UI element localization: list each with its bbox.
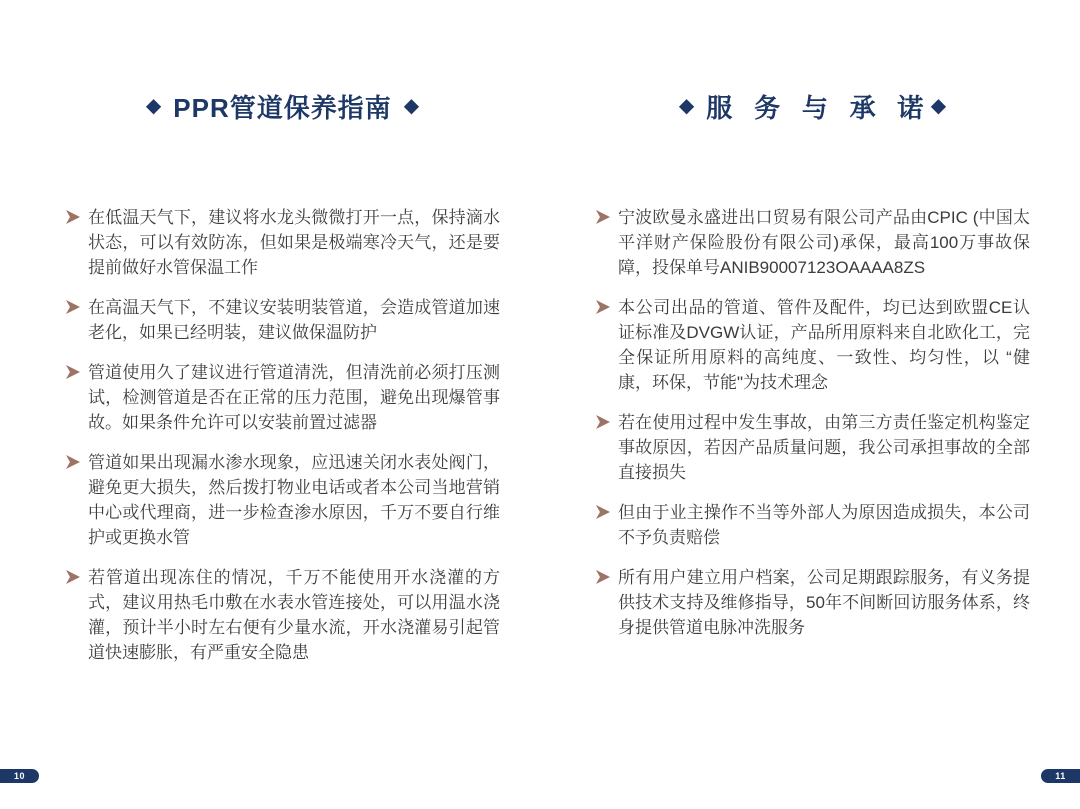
page-number-badge-right: 11: [1041, 769, 1080, 783]
bullet-text: 管道如果出现漏水渗水现象，应迅速关闭水表处阀门，避免更大损失，然后拨打物业电话或…: [88, 450, 500, 550]
right-title-text: 服 务 与 承 诺: [706, 88, 930, 125]
bullet-text: 管道使用久了建议进行管道清洗，但清洗前必须打压测试，检测管道是否在正常的压力范围…: [88, 360, 500, 435]
bullet-text: 在高温天气下，不建议安装明装管道，会造成管道加速老化，如果已经明装，建议做保温防…: [88, 295, 500, 345]
diamond-icon: ◆: [146, 96, 161, 116]
diamond-icon: ◆: [931, 96, 946, 116]
arrow-bullet-icon: [595, 505, 611, 519]
arrow-bullet-icon: [595, 415, 611, 429]
page-number-badge-left: 10: [0, 769, 39, 783]
left-page-section: ◆ PPR管道保养指南 ◆ 在低温天气下，建议将水龙头微微打开一点，保持滴水状态…: [65, 85, 500, 665]
bullet-text: 宁波欧曼永盛进出口贸易有限公司产品由CPIC (中国太平洋财产保险股份有限公司)…: [618, 205, 1030, 280]
list-item: 管道如果出现漏水渗水现象，应迅速关闭水表处阀门，避免更大损失，然后拨打物业电话或…: [65, 450, 500, 550]
list-item: 所有用户建立用户档案，公司足期跟踪服务，有义务提供技术支持及维修指导，50年不间…: [595, 565, 1030, 640]
arrow-bullet-icon: [595, 300, 611, 314]
right-page-title: ◆ 服 务 与 承 诺 ◆: [595, 85, 1030, 127]
bullet-text: 所有用户建立用户档案，公司足期跟踪服务，有义务提供技术支持及维修指导，50年不间…: [618, 565, 1030, 640]
diamond-icon: ◆: [679, 96, 694, 116]
bullet-text: 若管道出现冻住的情况，千万不能使用开水浇灌的方式，建议用热毛巾敷在水表水管连接处…: [88, 565, 500, 665]
list-item: 在高温天气下，不建议安装明装管道，会造成管道加速老化，如果已经明装，建议做保温防…: [65, 295, 500, 345]
left-title-text: PPR管道保养指南: [173, 88, 391, 125]
bullet-text: 但由于业主操作不当等外部人为原因造成损失，本公司不予负责赔偿: [618, 500, 1030, 550]
arrow-bullet-icon: [65, 365, 81, 379]
left-page-title: ◆ PPR管道保养指南 ◆: [65, 85, 500, 127]
diamond-icon: ◆: [404, 96, 419, 116]
brochure-spread: ◆ PPR管道保养指南 ◆ 在低温天气下，建议将水龙头微微打开一点，保持滴水状态…: [0, 0, 1080, 809]
list-item: 宁波欧曼永盛进出口贸易有限公司产品由CPIC (中国太平洋财产保险股份有限公司)…: [595, 205, 1030, 280]
arrow-bullet-icon: [65, 210, 81, 224]
arrow-bullet-icon: [65, 570, 81, 584]
list-item: 本公司出品的管道、管件及配件，均已达到欧盟CE认证标准及DVGW认证，产品所用原…: [595, 295, 1030, 395]
arrow-bullet-icon: [65, 455, 81, 469]
arrow-bullet-icon: [65, 300, 81, 314]
bullet-text: 在低温天气下，建议将水龙头微微打开一点，保持滴水状态，可以有效防冻，但如果是极端…: [88, 205, 500, 280]
arrow-bullet-icon: [595, 210, 611, 224]
list-item: 若管道出现冻住的情况，千万不能使用开水浇灌的方式，建议用热毛巾敷在水表水管连接处…: [65, 565, 500, 665]
arrow-bullet-icon: [595, 570, 611, 584]
list-item: 若在使用过程中发生事故，由第三方责任鉴定机构鉴定事故原因，若因产品质量问题，我公…: [595, 410, 1030, 485]
list-item: 但由于业主操作不当等外部人为原因造成损失，本公司不予负责赔偿: [595, 500, 1030, 550]
right-bullet-list: 宁波欧曼永盛进出口贸易有限公司产品由CPIC (中国太平洋财产保险股份有限公司)…: [595, 205, 1030, 640]
list-item: 在低温天气下，建议将水龙头微微打开一点，保持滴水状态，可以有效防冻，但如果是极端…: [65, 205, 500, 280]
bullet-text: 若在使用过程中发生事故，由第三方责任鉴定机构鉴定事故原因，若因产品质量问题，我公…: [618, 410, 1030, 485]
right-page-section: ◆ 服 务 与 承 诺 ◆ 宁波欧曼永盛进出口贸易有限公司产品由CPIC (中国…: [595, 85, 1030, 640]
left-bullet-list: 在低温天气下，建议将水龙头微微打开一点，保持滴水状态，可以有效防冻，但如果是极端…: [65, 205, 500, 665]
list-item: 管道使用久了建议进行管道清洗，但清洗前必须打压测试，检测管道是否在正常的压力范围…: [65, 360, 500, 435]
bullet-text: 本公司出品的管道、管件及配件，均已达到欧盟CE认证标准及DVGW认证，产品所用原…: [618, 295, 1030, 395]
